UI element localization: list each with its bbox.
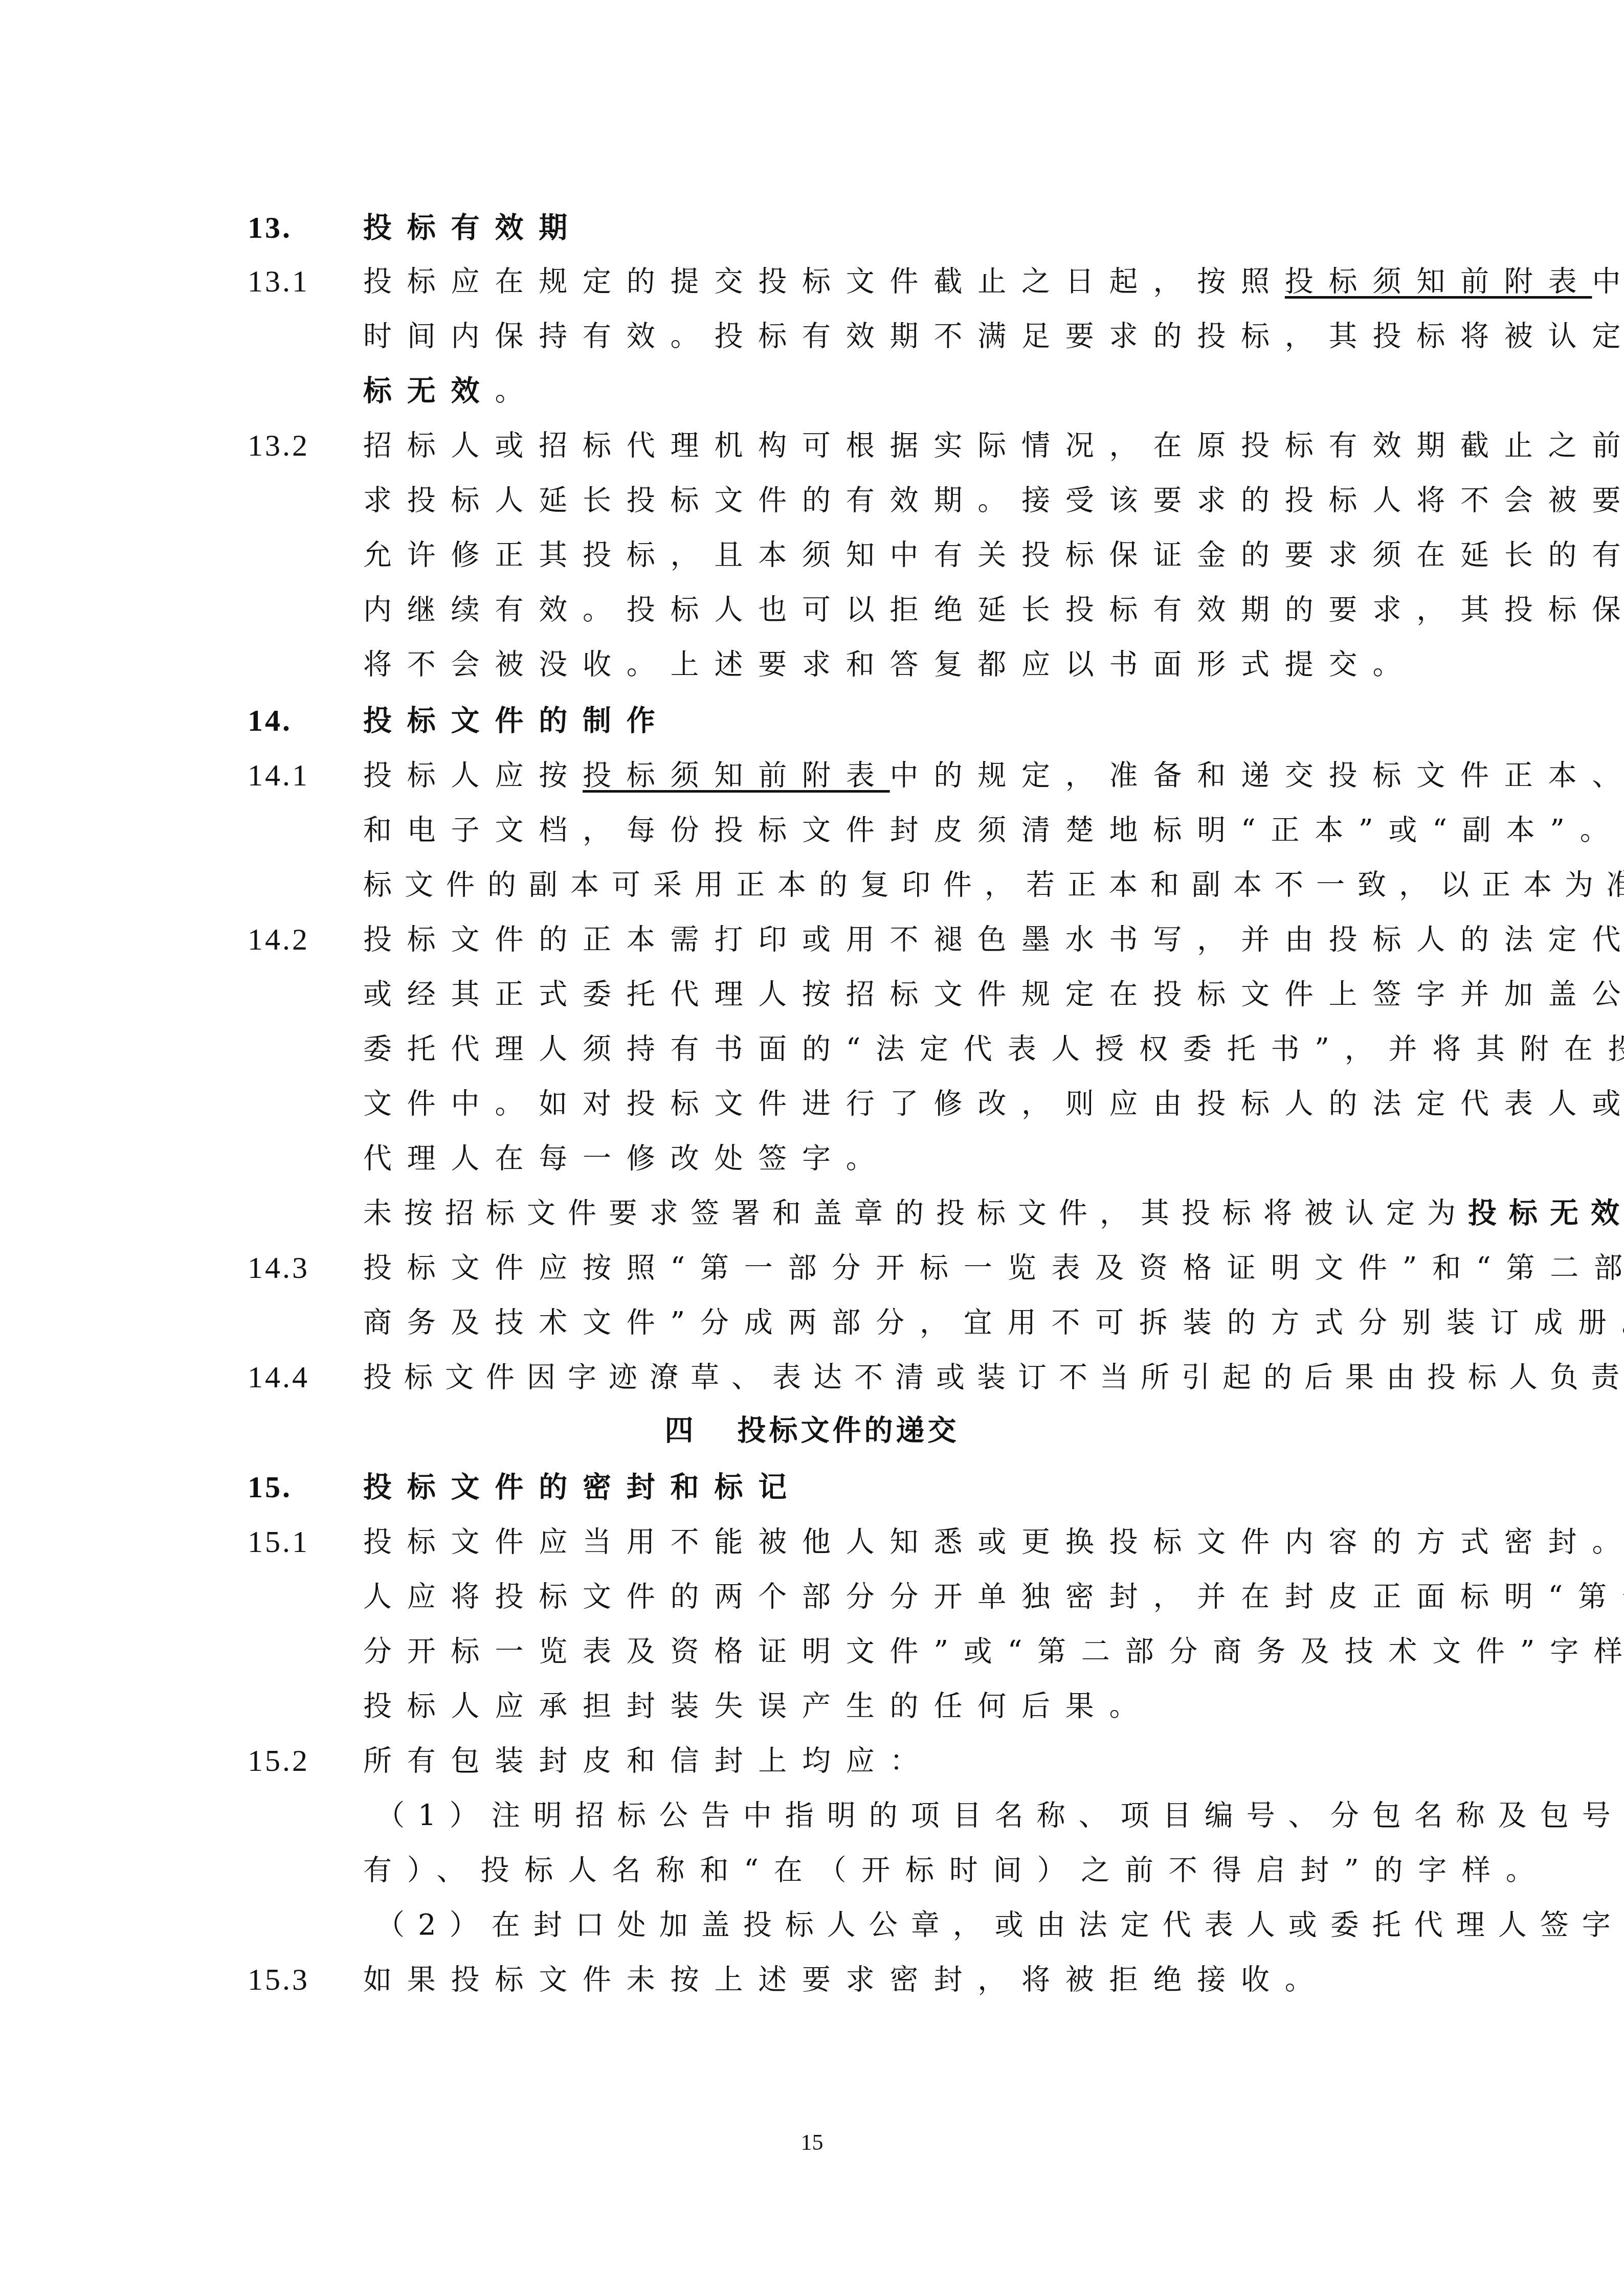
clause-text-line: 标无效。: [363, 364, 1381, 418]
clause-text-line: 内继续有效。投标人也可以拒绝延长投标有效期的要求，其投标保证金: [363, 582, 1381, 637]
clause-text-line: 投标文件因字迹潦草、表达不清或装订不当所引起的后果由投标人负责。: [363, 1350, 1381, 1405]
clause-15-3: 15.3 如果投标文件未按上述要求密封，将被拒绝接收。: [0, 1952, 1624, 2007]
clause-number: 13.2: [248, 418, 309, 473]
clause-number: 14.3: [248, 1241, 309, 1295]
clause-14-2-line-4: 文件中。如对投标文件进行了修改，则应由投标人的法定代表人或委托: [0, 1076, 1624, 1131]
clause-text-line: 投标人应承担封装失误产生的任何后果。: [363, 1679, 1381, 1734]
clause-15-1: 15.1 投标文件应当用不能被他人知悉或更换投标文件内容的方式密封。投标: [0, 1515, 1624, 1569]
clause-14-1-line-3: 标文件的副本可采用正本的复印件，若正本和副本不一致，以正本为准。: [0, 858, 1624, 912]
clause-text-line: 标文件的副本可采用正本的复印件，若正本和副本不一致，以正本为准。: [363, 858, 1381, 912]
section-14-heading: 14. 投标文件的制作: [0, 693, 1624, 748]
clause-text-line: 投标文件应按照“第一部分开标一览表及资格证明文件”和“第二部分: [363, 1241, 1381, 1295]
text-run: 中规定: [1592, 265, 1624, 298]
chapter-heading: 四投标文件的递交: [0, 1403, 1624, 1458]
clause-text-line: 分开标一览表及资格证明文件”或“第二部分商务及技术文件”字样。: [363, 1624, 1381, 1679]
clause-13-2-line-3: 允许修正其投标，且本须知中有关投标保证金的要求须在延长的有效期: [0, 528, 1624, 582]
clause-14-2-line-5: 代理人在每一修改处签字。: [0, 1131, 1624, 1186]
clause-number: 14.4: [248, 1350, 309, 1405]
clause-14-2-line-2: 或经其正式委托代理人按招标文件规定在投标文件上签字并加盖公章。: [0, 967, 1624, 1022]
clause-14-4: 14.4 投标文件因字迹潦草、表达不清或装订不当所引起的后果由投标人负责。: [0, 1350, 1624, 1405]
clause-text-line: 和电子文档，每份投标文件封皮须清楚地标明“正本”或“副本”。投: [363, 803, 1381, 858]
clause-number: 13.1: [248, 254, 309, 309]
section-number: 14.: [248, 693, 292, 748]
clause-text-line: 投标人应按投标须知前附表中的规定，准备和递交投标文件正本、副本: [363, 748, 1381, 803]
clause-text-line: 如果投标文件未按上述要求密封，将被拒绝接收。: [363, 1952, 1381, 2007]
clause-14-2-line-3: 委托代理人须持有书面的“法定代表人授权委托书”，并将其附在投标: [0, 1022, 1624, 1076]
clause-text-line: 求投标人延长投标文件的有效期。接受该要求的投标人将不会被要求和: [363, 473, 1381, 528]
text-run: 投标应在规定的提交投标文件截止之日起，按照: [363, 265, 1285, 298]
clause-15-1-line-3: 分开标一览表及资格证明文件”或“第二部分商务及技术文件”字样。: [0, 1624, 1624, 1679]
clause-13-1: 13.1 投标应在规定的提交投标文件截止之日起，按照投标须知前附表中规定: [0, 254, 1624, 309]
clause-number: 15.2: [248, 1734, 309, 1788]
clause-14-2: 14.2 投标文件的正本需打印或用不褪色墨水书写，并由投标人的法定代表人: [0, 912, 1624, 967]
clause-text-line: 文件中。如对投标文件进行了修改，则应由投标人的法定代表人或委托: [363, 1076, 1381, 1131]
clause-text-line: 时间内保持有效。投标有效期不满足要求的投标，其投标将被认定为投: [363, 309, 1381, 364]
clause-text-line: 商务及技术文件”分成两部分，宜用不可拆装的方式分别装订成册。: [363, 1295, 1381, 1350]
clause-text-line: 允许修正其投标，且本须知中有关投标保证金的要求须在延长的有效期: [363, 528, 1381, 582]
clause-13-2-line-4: 内继续有效。投标人也可以拒绝延长投标有效期的要求，其投标保证金: [0, 582, 1624, 637]
clause-text-line: 未按招标文件要求签署和盖章的投标文件，其投标将被认定为投标无效。: [363, 1186, 1381, 1241]
clause-13-1-line-3: 标无效。: [0, 364, 1624, 418]
text-run: 投标人应按: [363, 759, 583, 792]
clause-14-3-line-2: 商务及技术文件”分成两部分，宜用不可拆装的方式分别装订成册。: [0, 1295, 1624, 1350]
clause-text-line: 或经其正式委托代理人按招标文件规定在投标文件上签字并加盖公章。: [363, 967, 1381, 1022]
section-15-heading: 15. 投标文件的密封和标记: [0, 1460, 1624, 1515]
chapter-title: 四投标文件的递交: [0, 1403, 1624, 1458]
bold-text-run: 标无效: [363, 374, 495, 408]
list-item: （1）注明招标公告中指明的项目名称、项目编号、分包名称及包号（如: [376, 1788, 1394, 1843]
section-number: 15.: [248, 1460, 292, 1515]
clause-number: 15.1: [248, 1515, 309, 1569]
text-run: 未按招标文件要求签署和盖章的投标文件，其投标将被认定为: [363, 1197, 1468, 1230]
clause-text-line: 所有包装封皮和信封上均应：: [363, 1734, 1381, 1788]
list-item-continuation: 有）、投标人名称和“在（开标时间）之前不得启封”的字样。: [363, 1843, 1381, 1898]
clause-13-2-line-2: 求投标人延长投标文件的有效期。接受该要求的投标人将不会被要求和: [0, 473, 1624, 528]
clause-15-2-item-1: （1）注明招标公告中指明的项目名称、项目编号、分包名称及包号（如: [0, 1788, 1624, 1843]
clause-text-line: 投标文件应当用不能被他人知悉或更换投标文件内容的方式密封。投标: [363, 1515, 1381, 1569]
clause-text-line: 投标应在规定的提交投标文件截止之日起，按照投标须知前附表中规定: [363, 254, 1381, 309]
clause-text-line: 人应将投标文件的两个部分分开单独密封，并在封皮正面标明“第一部: [363, 1569, 1381, 1624]
section-title: 投标有效期: [363, 200, 1381, 255]
clause-13-1-line-2: 时间内保持有效。投标有效期不满足要求的投标，其投标将被认定为投: [0, 309, 1624, 364]
clause-15-2-item-1-cont: 有）、投标人名称和“在（开标时间）之前不得启封”的字样。: [0, 1843, 1624, 1898]
page-number: 15: [0, 2122, 1624, 2163]
clause-14-1-line-2: 和电子文档，每份投标文件封皮须清楚地标明“正本”或“副本”。投: [0, 803, 1624, 858]
text-run: 中的规定，准备和递交投标文件正本、副本: [890, 759, 1624, 792]
clause-14-1: 14.1 投标人应按投标须知前附表中的规定，准备和递交投标文件正本、副本: [0, 748, 1624, 803]
link-preamble-table[interactable]: 投标须知前附表: [583, 759, 890, 792]
bold-text-run: 投标无效: [1468, 1196, 1624, 1230]
clause-text-line: 招标人或招标代理机构可根据实际情况，在原投标有效期截止之前，要: [363, 418, 1381, 473]
clause-number: 14.1: [248, 748, 309, 803]
clause-15-1-line-4: 投标人应承担封装失误产生的任何后果。: [0, 1679, 1624, 1734]
clause-15-1-line-2: 人应将投标文件的两个部分分开单独密封，并在封皮正面标明“第一部: [0, 1569, 1624, 1624]
clause-text-line: 将不会被没收。上述要求和答复都应以书面形式提交。: [363, 637, 1381, 692]
clause-13-2-line-5: 将不会被没收。上述要求和答复都应以书面形式提交。: [0, 637, 1624, 692]
document-page: 13. 投标有效期 13.1 投标应在规定的提交投标文件截止之日起，按照投标须知…: [0, 0, 1624, 2296]
clause-text-line: 委托代理人须持有书面的“法定代表人授权委托书”，并将其附在投标: [363, 1022, 1381, 1076]
section-number: 13.: [248, 200, 292, 255]
clause-15-2: 15.2 所有包装封皮和信封上均应：: [0, 1734, 1624, 1788]
text-run: 。: [495, 374, 539, 408]
clause-14-3: 14.3 投标文件应按照“第一部分开标一览表及资格证明文件”和“第二部分: [0, 1241, 1624, 1295]
clause-number: 15.3: [248, 1952, 309, 2007]
section-title: 投标文件的制作: [363, 693, 1381, 748]
clause-text-line: 代理人在每一修改处签字。: [363, 1131, 1381, 1186]
chapter-title-text: 投标文件的递交: [738, 1413, 960, 1447]
chapter-numeral: 四: [665, 1413, 697, 1447]
section-13-heading: 13. 投标有效期: [0, 200, 1624, 255]
text-run: 时间内保持有效。投标有效期不满足要求的投标，其投标将被认定为: [363, 320, 1624, 353]
section-title: 投标文件的密封和标记: [363, 1460, 1381, 1515]
clause-text-line: 投标文件的正本需打印或用不褪色墨水书写，并由投标人的法定代表人: [363, 912, 1381, 967]
clause-13-2: 13.2 招标人或招标代理机构可根据实际情况，在原投标有效期截止之前，要: [0, 418, 1624, 473]
clause-14-2-note: 未按招标文件要求签署和盖章的投标文件，其投标将被认定为投标无效。: [0, 1186, 1624, 1241]
clause-15-2-item-2: （2）在封口处加盖投标人公章，或由法定代表人或委托代理人签字。: [0, 1898, 1624, 1952]
link-preamble-table[interactable]: 投标须知前附表: [1285, 265, 1592, 298]
clause-number: 14.2: [248, 912, 309, 967]
list-item: （2）在封口处加盖投标人公章，或由法定代表人或委托代理人签字。: [376, 1898, 1394, 1952]
